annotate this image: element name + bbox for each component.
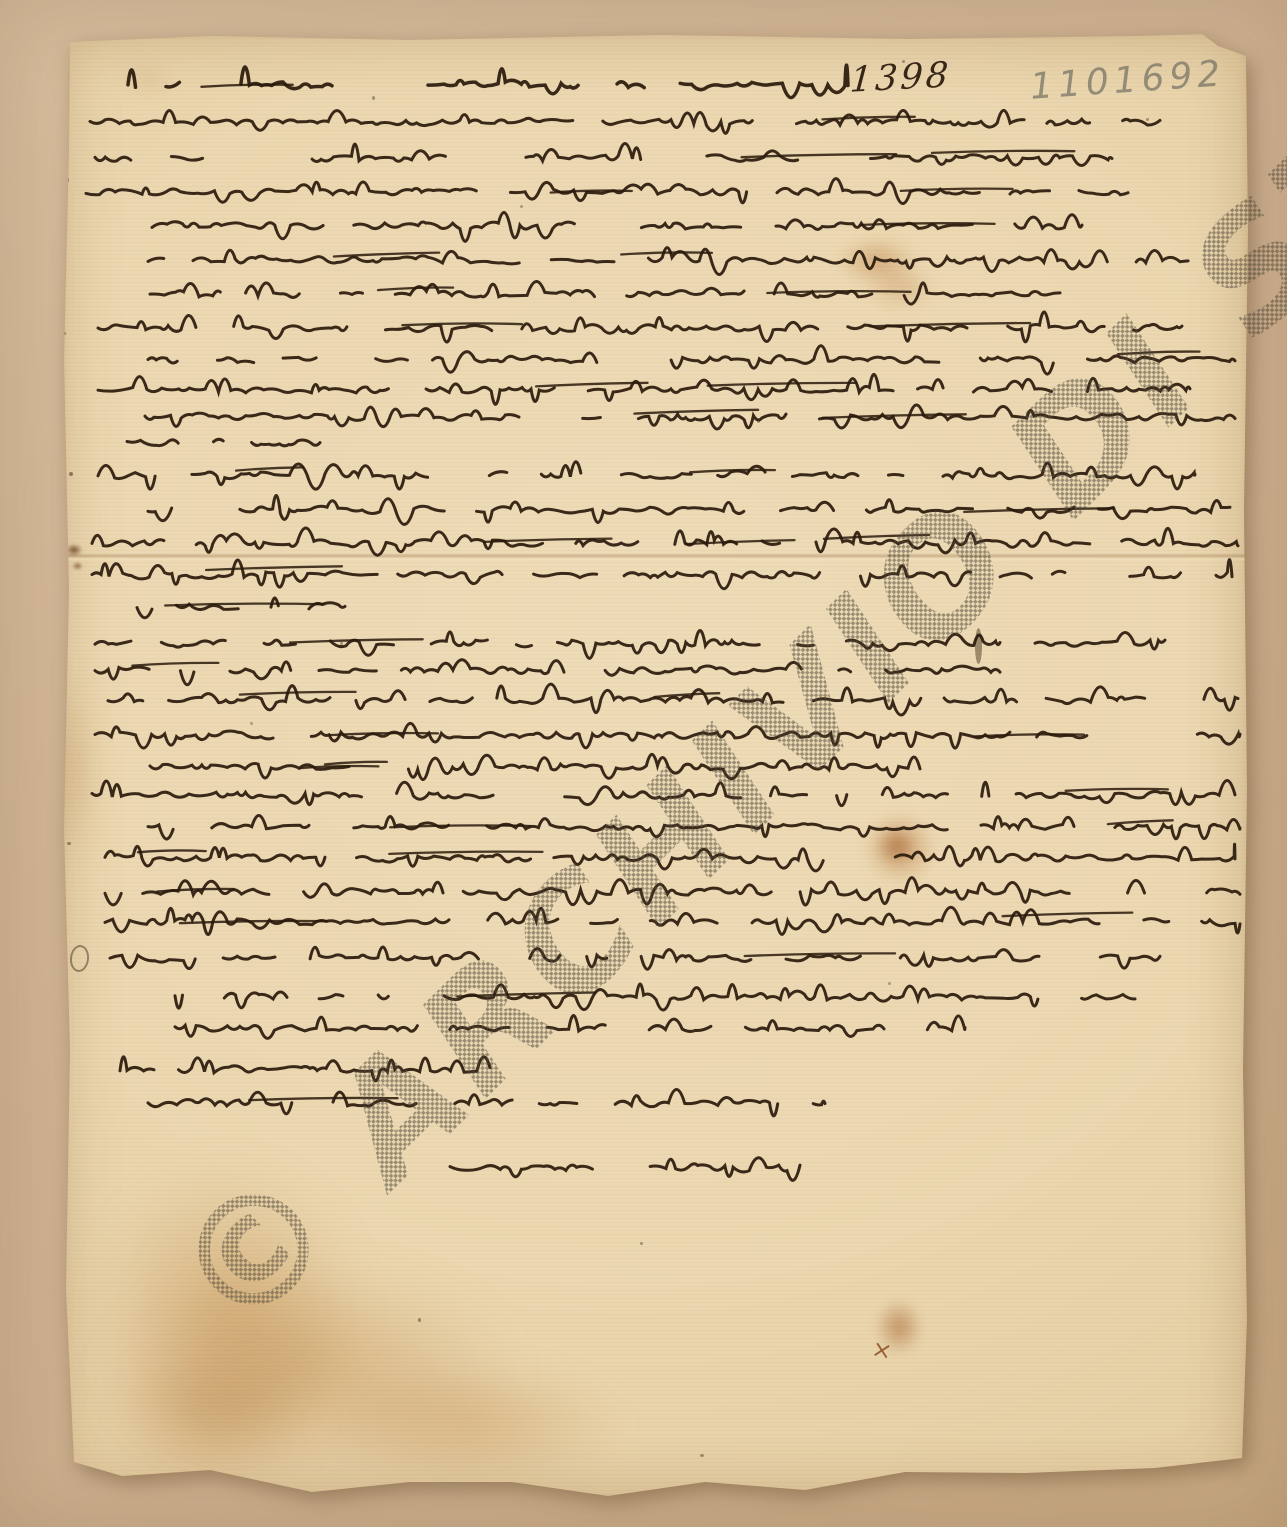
ink-speck <box>67 842 71 845</box>
ink-speck <box>902 60 905 63</box>
archive-number-pencil: 1101692 <box>1029 53 1227 108</box>
ink-speck <box>69 472 73 476</box>
stain <box>50 630 96 910</box>
ink-speck <box>66 178 69 182</box>
ink-speck <box>63 332 66 335</box>
stain <box>118 60 178 100</box>
manuscript-paper: × 1398 1101692 <box>60 30 1250 1502</box>
ink-speck <box>700 1454 704 1457</box>
ink-speck <box>640 1242 643 1245</box>
ink-speck <box>418 1318 421 1322</box>
stain <box>852 258 948 316</box>
fold-crease <box>60 553 1250 561</box>
ink-speck <box>61 704 64 709</box>
ink-speck <box>250 722 253 725</box>
stain <box>30 1230 590 1510</box>
pen-x-mark: × <box>869 1334 894 1366</box>
paper-shadow: × 1398 1101692 <box>0 0 1287 1527</box>
stain <box>62 541 86 559</box>
stain <box>60 1330 360 1510</box>
ink-speck <box>520 205 523 208</box>
stain <box>866 1288 932 1366</box>
ink-speck <box>975 628 982 664</box>
scanned-document: × 1398 1101692 © ARCHIVIO DI STATO DI PR… <box>0 0 1287 1527</box>
stain <box>260 1340 680 1510</box>
stain <box>850 798 950 898</box>
dateline-year: 1398 <box>849 55 953 100</box>
ink-speck <box>1146 118 1149 121</box>
margin-circle-mark <box>69 944 91 973</box>
ink-speck <box>372 96 375 100</box>
ink-speck <box>63 1008 66 1012</box>
stain <box>822 228 932 294</box>
corner-crease <box>1192 27 1249 50</box>
stain <box>868 818 924 874</box>
ink-speck <box>888 982 891 985</box>
ink-speck <box>757 420 760 423</box>
stain <box>48 1108 408 1508</box>
stain <box>70 560 85 572</box>
ink-speck <box>340 642 343 645</box>
